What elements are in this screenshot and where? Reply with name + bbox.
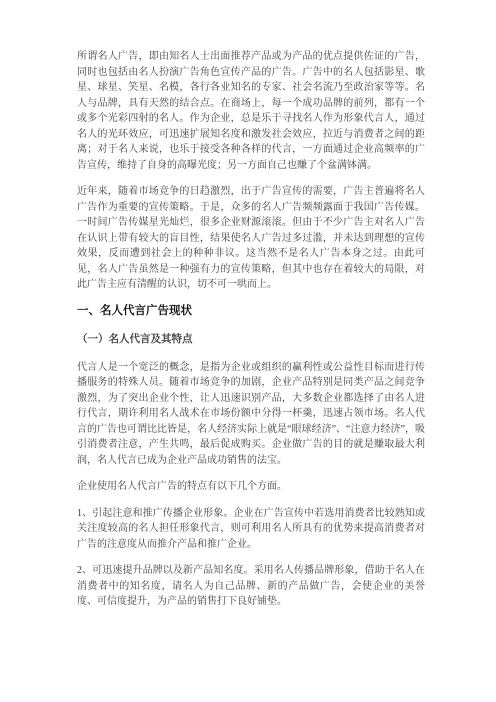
section-heading: 一、名人代言广告现状: [77, 304, 425, 319]
sub-heading: （一）名人代言及其特点: [77, 332, 425, 347]
document-content: 所谓名人广告，即由知名人士出面推荐产品或为产品的优点提供佐证的广告，同时也包括由…: [77, 49, 425, 621]
paragraph-intro-definition: 所谓名人广告，即由知名人士出面推荐产品或为产品的优点提供佐证的广告，同时也包括由…: [77, 49, 425, 173]
paragraph-feature-item-2: 2、可迅速提升品牌以及新产品知名度。采用名人传播品牌形象，借助于名人在消费者中的…: [77, 563, 425, 610]
paragraph-spokesperson-concept: 代言人是一个宽泛的概念，是指为企业或组织的赢利性或公益性目标而进行传播服务的特殊…: [77, 360, 425, 469]
document-page: 所谓名人广告，即由知名人士出面推荐产品或为产品的优点提供佐证的广告，同时也包括由…: [0, 0, 496, 702]
paragraph-feature-item-1: 1、引起注意和推广传播企业形象。企业在广告宣传中若选用消费者比较熟知或关注度较高…: [77, 506, 425, 553]
paragraph-features-lead: 企业使用名人代言广告的特点有以下几个方面。: [77, 479, 425, 495]
paragraph-intro-trend: 近年来，随着市场竞争的日趋激烈，出于广告宣传的需要，广告主普遍将名人广告作为重要…: [77, 184, 425, 293]
